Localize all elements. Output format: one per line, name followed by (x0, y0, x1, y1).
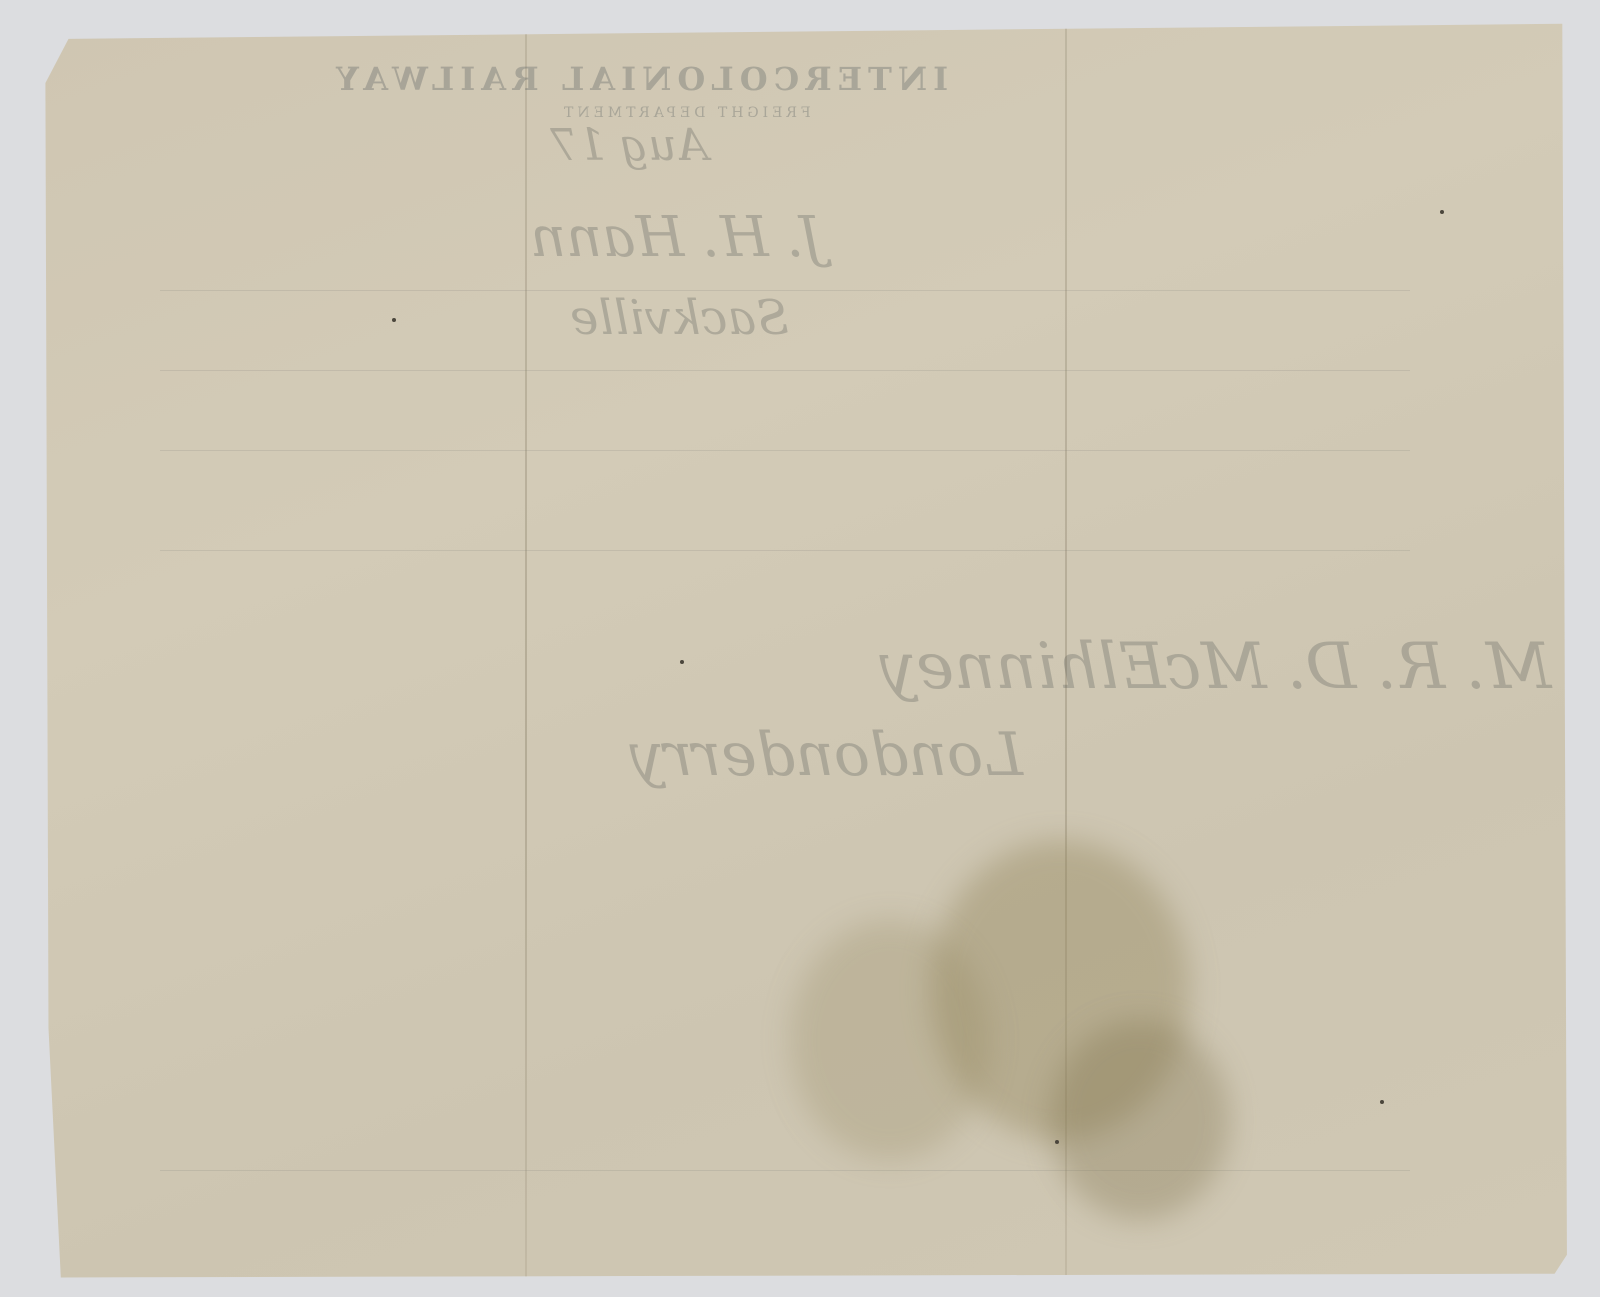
faint-ruled-line (160, 450, 1410, 451)
faint-ruled-line (160, 550, 1410, 551)
mirrored-place-top: Sackville (570, 290, 789, 346)
mirrored-date: Aug 17 (550, 120, 708, 171)
speck (680, 660, 684, 664)
water-stain (1050, 1020, 1230, 1220)
mirrored-header: INTERCOLONIAL RAILWAY (330, 60, 948, 98)
mirrored-name-lower: M. R. D. McElhinney (880, 630, 1552, 704)
mirrored-place-lower: Londonderry (630, 720, 1023, 790)
vertical-fold-left (525, 20, 527, 1280)
faint-ruled-line (160, 290, 1410, 291)
speck (392, 318, 396, 322)
mirrored-subheader: FREIGHT DEPARTMENT (560, 105, 811, 121)
water-stain (790, 920, 990, 1160)
mirrored-name-top: J. H. Hann (530, 205, 823, 270)
speck (1440, 210, 1444, 214)
document-back-page: INTERCOLONIAL RAILWAY FREIGHT DEPARTMENT… (30, 20, 1570, 1280)
speck (1055, 1140, 1059, 1144)
speck (1380, 1100, 1384, 1104)
faint-ruled-line (160, 1170, 1410, 1171)
faint-ruled-line (160, 370, 1410, 371)
